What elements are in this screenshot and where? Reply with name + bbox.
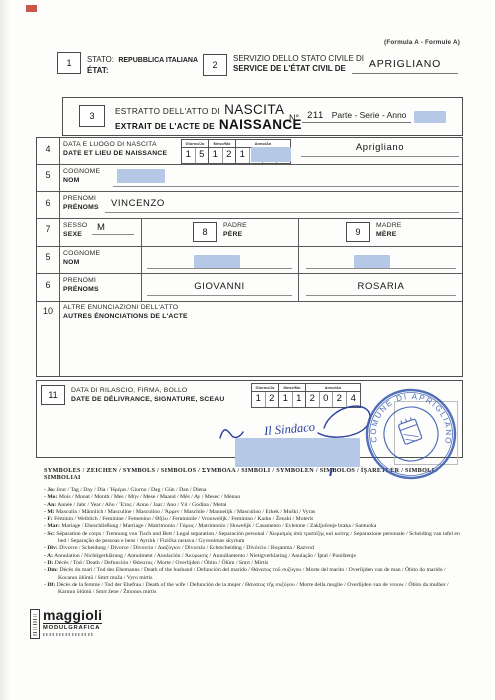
row-number-4: 4 <box>37 144 59 154</box>
surname-label-fr: NOM <box>63 177 100 186</box>
mother-forename-value: ROSARIA <box>298 281 464 292</box>
signature-stroke <box>220 430 243 438</box>
field-number-8: 8 <box>193 222 217 242</box>
row-divider <box>37 164 462 165</box>
row-divider <box>37 301 462 302</box>
legend-symbol: - D: <box>44 560 53 566</box>
sex-writing-line <box>92 234 134 235</box>
legend-text: Année / Jahr / Year / Año / Ἔτος / Anno … <box>57 502 226 508</box>
legend-item: - Dm: Décès du mari / Tod des Ehemanns /… <box>44 567 462 582</box>
parent-forenames-label-fr: PRÉNOMS <box>63 286 99 295</box>
mother-label-fr: MÈRE <box>376 231 402 240</box>
legend-symbol: - F: <box>44 516 53 522</box>
legend-item: - Mar: Mariage / Eheschließung / Marriag… <box>44 523 462 530</box>
forenames-writing-line <box>105 212 459 213</box>
legend-item: - An: Année / Jahr / Year / Año / Ἔτος /… <box>44 502 462 509</box>
row-divider <box>37 218 462 219</box>
row-number-6: 6 <box>37 198 59 208</box>
sex-row-label: SESSO SEXE <box>63 222 87 239</box>
legend-item: - Sc: Séparation de corps / Trennung von… <box>44 531 462 546</box>
birth-row-label: DATA E LUOGO DI NASCITA DATE ET LIEU DE … <box>63 141 167 158</box>
legend-item: - A: Annulation / Nichtigerklärung / Ann… <box>44 553 462 560</box>
municipality-value: APRIGLIANO <box>352 58 458 74</box>
legend-symbol: - Dm: <box>44 567 58 573</box>
logo-side-strip <box>30 609 40 639</box>
legend-items: - Jo: Jour / Tag / Day / Día / Ἡμέρα / G… <box>44 487 462 596</box>
legend-text: Décès du mari / Tod des Ehemanns / Death… <box>58 567 446 580</box>
other-entries-label-fr: AUTRES ÉNONCIATIONS DE L'ACTE <box>63 313 188 322</box>
surname-row-label: COGNOME NOM <box>63 168 100 185</box>
birth-year-digit: 1 <box>236 148 250 163</box>
symbols-legend: SYMBOLES / ZEICHEN / SYMBOLS / SIMBOLOS … <box>44 467 462 596</box>
other-entries-label-it: ALTRE ENUNCIAZIONI DELL'ATTO <box>63 304 188 313</box>
father-header-label: PADRE PÈRE <box>223 222 247 239</box>
legend-symbol: - M: <box>44 509 55 515</box>
legend-text: Mois / Monat / Month / Mes / Μήν / Mese … <box>59 494 240 500</box>
field-number-1: 1 <box>57 52 81 74</box>
legend-text: Mariage / Eheschließung / Marriage / Mat… <box>61 523 376 529</box>
legend-item: - Div: Divorce / Scheidung / Divorce / D… <box>44 545 462 552</box>
legend-text: Décès de la femme / Tod der Ehefrau / De… <box>57 582 449 595</box>
birth-month-digit: 2 <box>223 148 237 163</box>
issue-label-fr: DATE DE DÉLIVRANCE, SIGNATURE, SCEAU <box>71 396 224 405</box>
row-number-7: 7 <box>37 224 59 234</box>
formula-note: (Formula A - Formule A) <box>330 39 460 46</box>
signature-redaction <box>235 438 360 467</box>
signature-text: Il Sindaco <box>262 420 315 438</box>
mother-surname-line <box>306 268 456 269</box>
legend-symbol: - A: <box>44 553 53 559</box>
forenames-value: VINCENZO <box>111 198 165 209</box>
row-divider <box>37 191 462 192</box>
birth-label-fr: DATE ET LIEU DE NAISSANCE <box>63 150 167 159</box>
legend-text: Jour / Tag / Day / Día / Ἡμέρα / Giorno … <box>56 487 206 493</box>
surname-label-it: COGNOME <box>63 168 100 177</box>
month-col-header: Mese/Mo <box>279 384 306 391</box>
birth-month-digit: 1 <box>209 148 223 163</box>
legend-text: Masculin / Männlich / Masculine / Mascul… <box>56 509 315 515</box>
state-label-it: STATO: <box>87 55 114 64</box>
forenames-label-fr: PRÉNOMS <box>63 204 99 213</box>
forenames-row-label: PRENOMI PRÉNOMS <box>63 195 99 212</box>
act-number-label: N° <box>289 113 299 123</box>
legend-text: Décès / Tod / Death / Defunción / Θάνατο… <box>55 560 269 566</box>
act-number-group: N° 211 Parte - Serie - Anno <box>289 110 446 123</box>
row-number-5: 5 <box>37 170 59 180</box>
other-entries-label: ALTRE ENUNCIAZIONI DELL'ATTO AUTRES ÉNON… <box>63 304 188 321</box>
sex-label-fr: SEXE <box>63 231 87 240</box>
issue-row-label: DATA DI RILASCIO, FIRMA, BOLLO DATE DE D… <box>71 387 224 404</box>
stamp-coat-of-arms <box>397 416 422 445</box>
surname-writing-line <box>113 186 459 187</box>
municipal-stamp: COMUNE DI APRIGLIANO <box>363 386 459 482</box>
day-col-header: Giorno/Jo <box>252 384 279 391</box>
father-forename-value: GIOVANNI <box>141 281 298 292</box>
parent-surname-row-label: COGNOME NOM <box>63 250 100 267</box>
logo-brand-sub: MODULGRAFICA <box>43 625 102 631</box>
main-table: 4 DATA E LUOGO DI NASCITA DATE ET LIEU D… <box>36 137 463 377</box>
month-col-header: Mese/Mo <box>209 140 236 147</box>
parent-surname-label-it: COGNOME <box>63 250 100 259</box>
legend-item: - Df: Décès de la femme / Tod der Ehefra… <box>44 582 462 597</box>
act-number-value: 211 <box>307 110 324 121</box>
field-number-2: 2 <box>203 54 227 76</box>
legend-symbol: - An: <box>44 502 56 508</box>
title-it-prefix: ESTRATTO DELL'ATTO DI <box>115 107 220 116</box>
birth-label-it: DATA E LUOGO DI NASCITA <box>63 141 167 150</box>
legend-text: Annulation / Nichtigerklärung / Annulmen… <box>54 553 356 559</box>
row-number-5b: 5 <box>37 252 59 262</box>
birth-day-digit: 1 <box>182 148 196 163</box>
printer-logo: maggioli MODULGRAFICA <box>30 609 102 639</box>
service-label-fr: SERVICE DE L'ÉTAT CIVIL DE <box>233 64 364 74</box>
logo-tagline <box>43 633 93 636</box>
legend-item: - Mo: Mois / Monat / Month / Mes / Μήν /… <box>44 494 462 501</box>
service-label-it: SERVIZIO DELLO STATO CIVILE DI <box>233 54 364 64</box>
title-text: ESTRATTO DELL'ATTO DI NASCITA EXTRAIT DE… <box>115 102 302 132</box>
father-label-fr: PÈRE <box>223 231 247 240</box>
sex-label-it: SESSO <box>63 222 87 231</box>
year-redaction-box <box>414 111 446 123</box>
parent-surname-label-fr: NOM <box>63 259 100 268</box>
parent-forenames-label-it: PRENOMI <box>63 277 99 286</box>
legend-symbol: - Jo: <box>44 487 55 493</box>
day-col-header: Giorno/Jo <box>182 140 209 147</box>
field-number-11: 11 <box>41 385 65 405</box>
page-edge-shadow <box>0 0 10 700</box>
surname-redaction <box>117 169 165 183</box>
row-number-10: 10 <box>37 306 59 316</box>
mother-label-it: MADRE <box>376 222 402 231</box>
corner-red-mark <box>26 5 37 12</box>
birth-day-digit: 5 <box>196 148 210 163</box>
year-col-header: Anno/An <box>306 384 360 391</box>
row-divider <box>37 273 462 274</box>
title-fr-prefix: EXTRAIT DE L'ACTE DE <box>115 122 215 131</box>
act-serie-label: Parte - Serie - Anno <box>332 110 407 120</box>
row-divider <box>37 246 462 247</box>
legend-symbol: - Mar: <box>44 523 60 529</box>
legend-symbol: - Sc: <box>44 531 55 537</box>
sex-value: M <box>97 222 106 233</box>
parent-forenames-row-label: PRENOMI PRÉNOMS <box>63 277 99 294</box>
father-surname-redaction <box>194 255 240 269</box>
field-number-9: 9 <box>346 222 370 242</box>
row-number-6b: 6 <box>37 280 59 290</box>
legend-text: Séparation de corps / Trennung von Tisch… <box>56 531 459 544</box>
father-label-it: PADRE <box>223 222 247 231</box>
forenames-label-it: PRENOMI <box>63 195 99 204</box>
legend-symbol: - Df: <box>44 582 55 588</box>
field-number-3: 3 <box>79 105 105 127</box>
scanned-birth-extract-page: (Formula A - Formule A) 1 STATO: REPUBBL… <box>0 0 495 700</box>
father-surname-line <box>147 268 292 269</box>
service-label: SERVIZIO DELLO STATO CIVILE DI SERVICE D… <box>233 54 364 74</box>
issue-label-it: DATA DI RILASCIO, FIRMA, BOLLO <box>71 387 224 396</box>
legend-text: Féminin / Weiblich / Feminine / Femenino… <box>54 516 313 522</box>
state-value: REPUBBLICA ITALIANA <box>118 57 198 64</box>
legend-text: Divorce / Scheidung / Divorce / Divorcio… <box>59 545 314 551</box>
number-column-divider <box>59 138 60 376</box>
mother-surname-redaction <box>354 255 390 269</box>
mother-header-label: MADRE MÈRE <box>376 222 402 239</box>
logo-brand: maggioli <box>43 609 102 624</box>
title-box: 3 ESTRATTO DELL'ATTO DI NASCITA EXTRAIT … <box>62 97 463 136</box>
legend-symbol: - Mo: <box>44 494 57 500</box>
mother-forename-line <box>306 295 456 296</box>
legend-symbol: - Div: <box>44 545 58 551</box>
title-it-main: NASCITA <box>224 102 284 117</box>
birth-year-redaction <box>251 147 291 162</box>
father-forename-line <box>147 295 292 296</box>
birth-place-value: Aprigliano <box>301 142 459 157</box>
state-label: STATO: REPUBBLICA ITALIANA ÉTAT: <box>87 53 198 75</box>
legend-item: - Jo: Jour / Tag / Day / Día / Ἡμέρα / G… <box>44 487 462 494</box>
year-col-header: Anno/An <box>236 140 290 147</box>
state-label-fr: ÉTAT: <box>87 66 198 76</box>
